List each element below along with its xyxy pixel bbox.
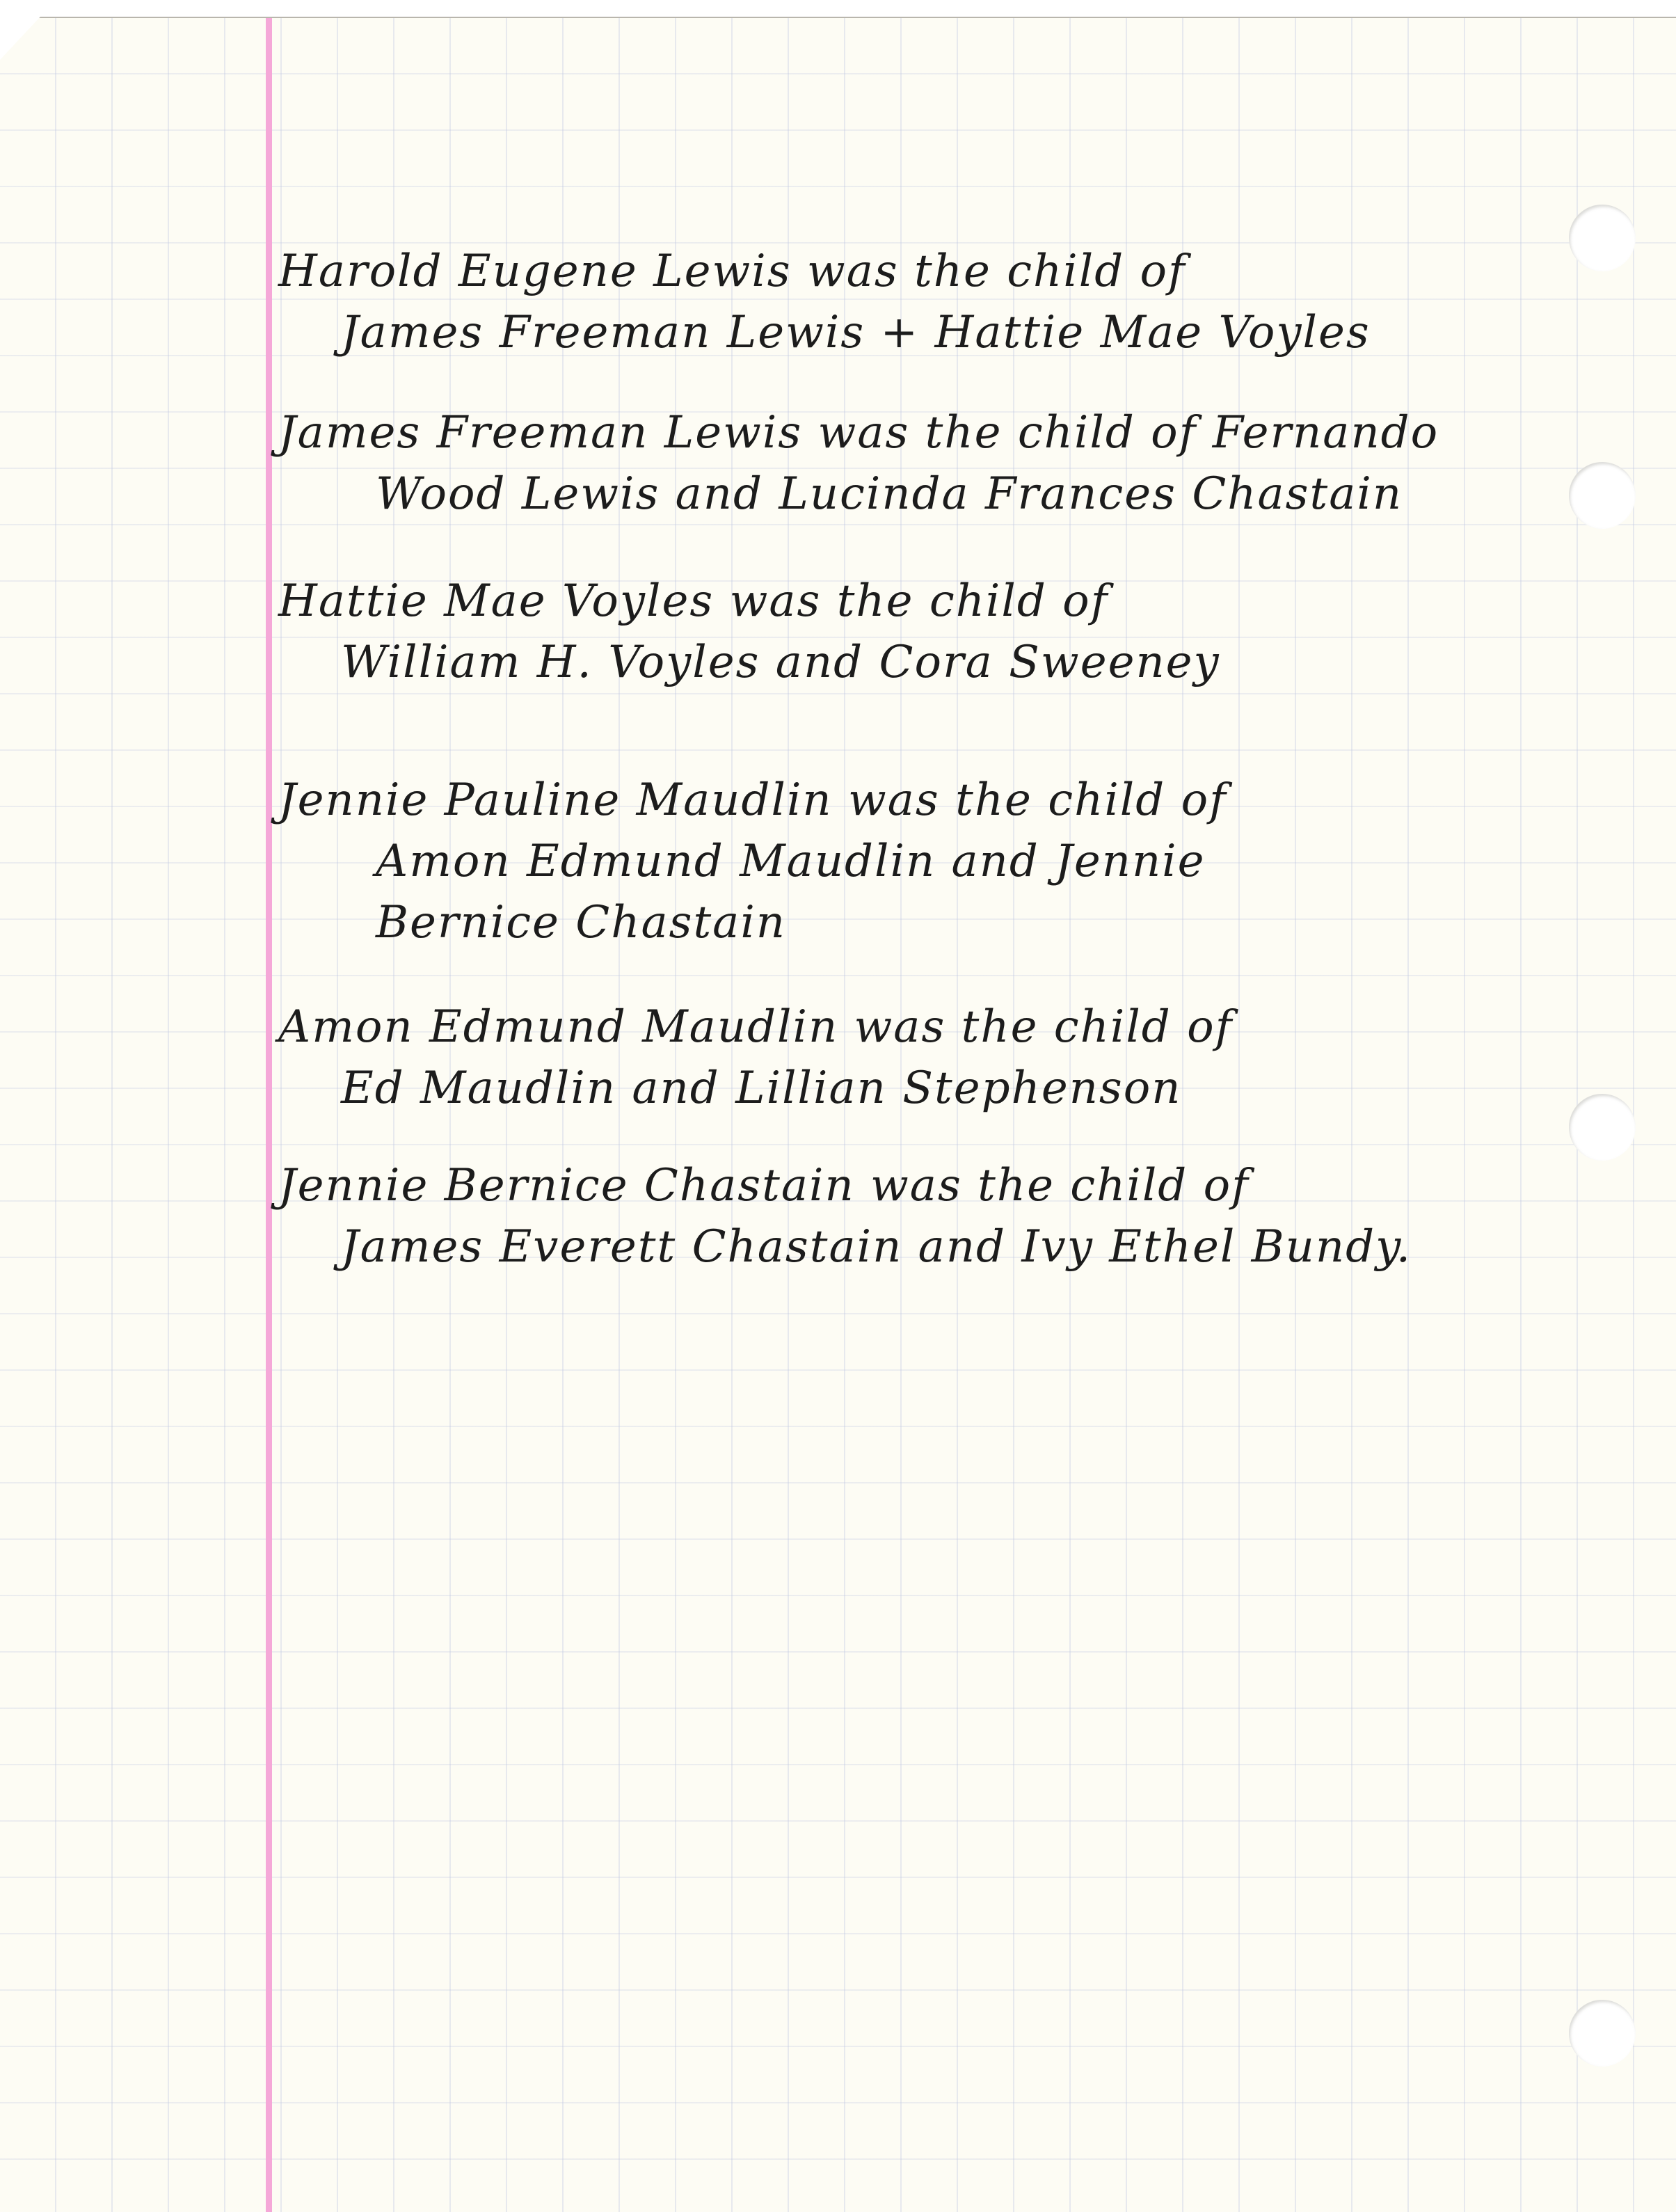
- entry-line: Harold Eugene Lewis was the child of: [278, 241, 1600, 302]
- entry-line: Wood Lewis and Lucinda Frances Chastain: [278, 463, 1600, 525]
- entry-line: James Freeman Lewis + Hattie Mae Voyles: [278, 302, 1600, 363]
- entry-line: Ed Maudlin and Lillian Stephenson: [278, 1058, 1600, 1119]
- entry-line: Bernice Chastain: [278, 892, 1600, 953]
- entry-line: Amon Edmund Maudlin was the child of: [278, 996, 1600, 1058]
- entry-line: Jennie Bernice Chastain was the child of: [278, 1155, 1600, 1216]
- entry-jennie-pauline-maudlin: Jennie Pauline Maudlin was the child of …: [278, 770, 1600, 953]
- entry-line: Jennie Pauline Maudlin was the child of: [278, 770, 1600, 831]
- margin-line: [266, 18, 272, 2212]
- notebook-page: Harold Eugene Lewis was the child of Jam…: [0, 17, 1676, 2212]
- entry-line: Hattie Mae Voyles was the child of: [278, 571, 1600, 632]
- punch-hole-icon: [1569, 2000, 1636, 2067]
- entry-line: Amon Edmund Maudlin and Jennie: [278, 831, 1600, 892]
- entry-jennie-bernice-chastain: Jennie Bernice Chastain was the child of…: [278, 1155, 1600, 1278]
- entry-line: James Freeman Lewis was the child of Fer…: [278, 402, 1600, 463]
- entry-james-freeman-lewis: James Freeman Lewis was the child of Fer…: [278, 402, 1600, 525]
- entry-line: William H. Voyles and Cora Sweeney: [278, 632, 1600, 693]
- genealogy-entries: Harold Eugene Lewis was the child of Jam…: [278, 241, 1600, 1278]
- entry-line: James Everett Chastain and Ivy Ethel Bun…: [278, 1216, 1600, 1278]
- entry-harold-eugene-lewis: Harold Eugene Lewis was the child of Jam…: [278, 241, 1600, 363]
- entry-amon-edmund-maudlin: Amon Edmund Maudlin was the child of Ed …: [278, 996, 1600, 1119]
- entry-hattie-mae-voyles: Hattie Mae Voyles was the child of Willi…: [278, 571, 1600, 693]
